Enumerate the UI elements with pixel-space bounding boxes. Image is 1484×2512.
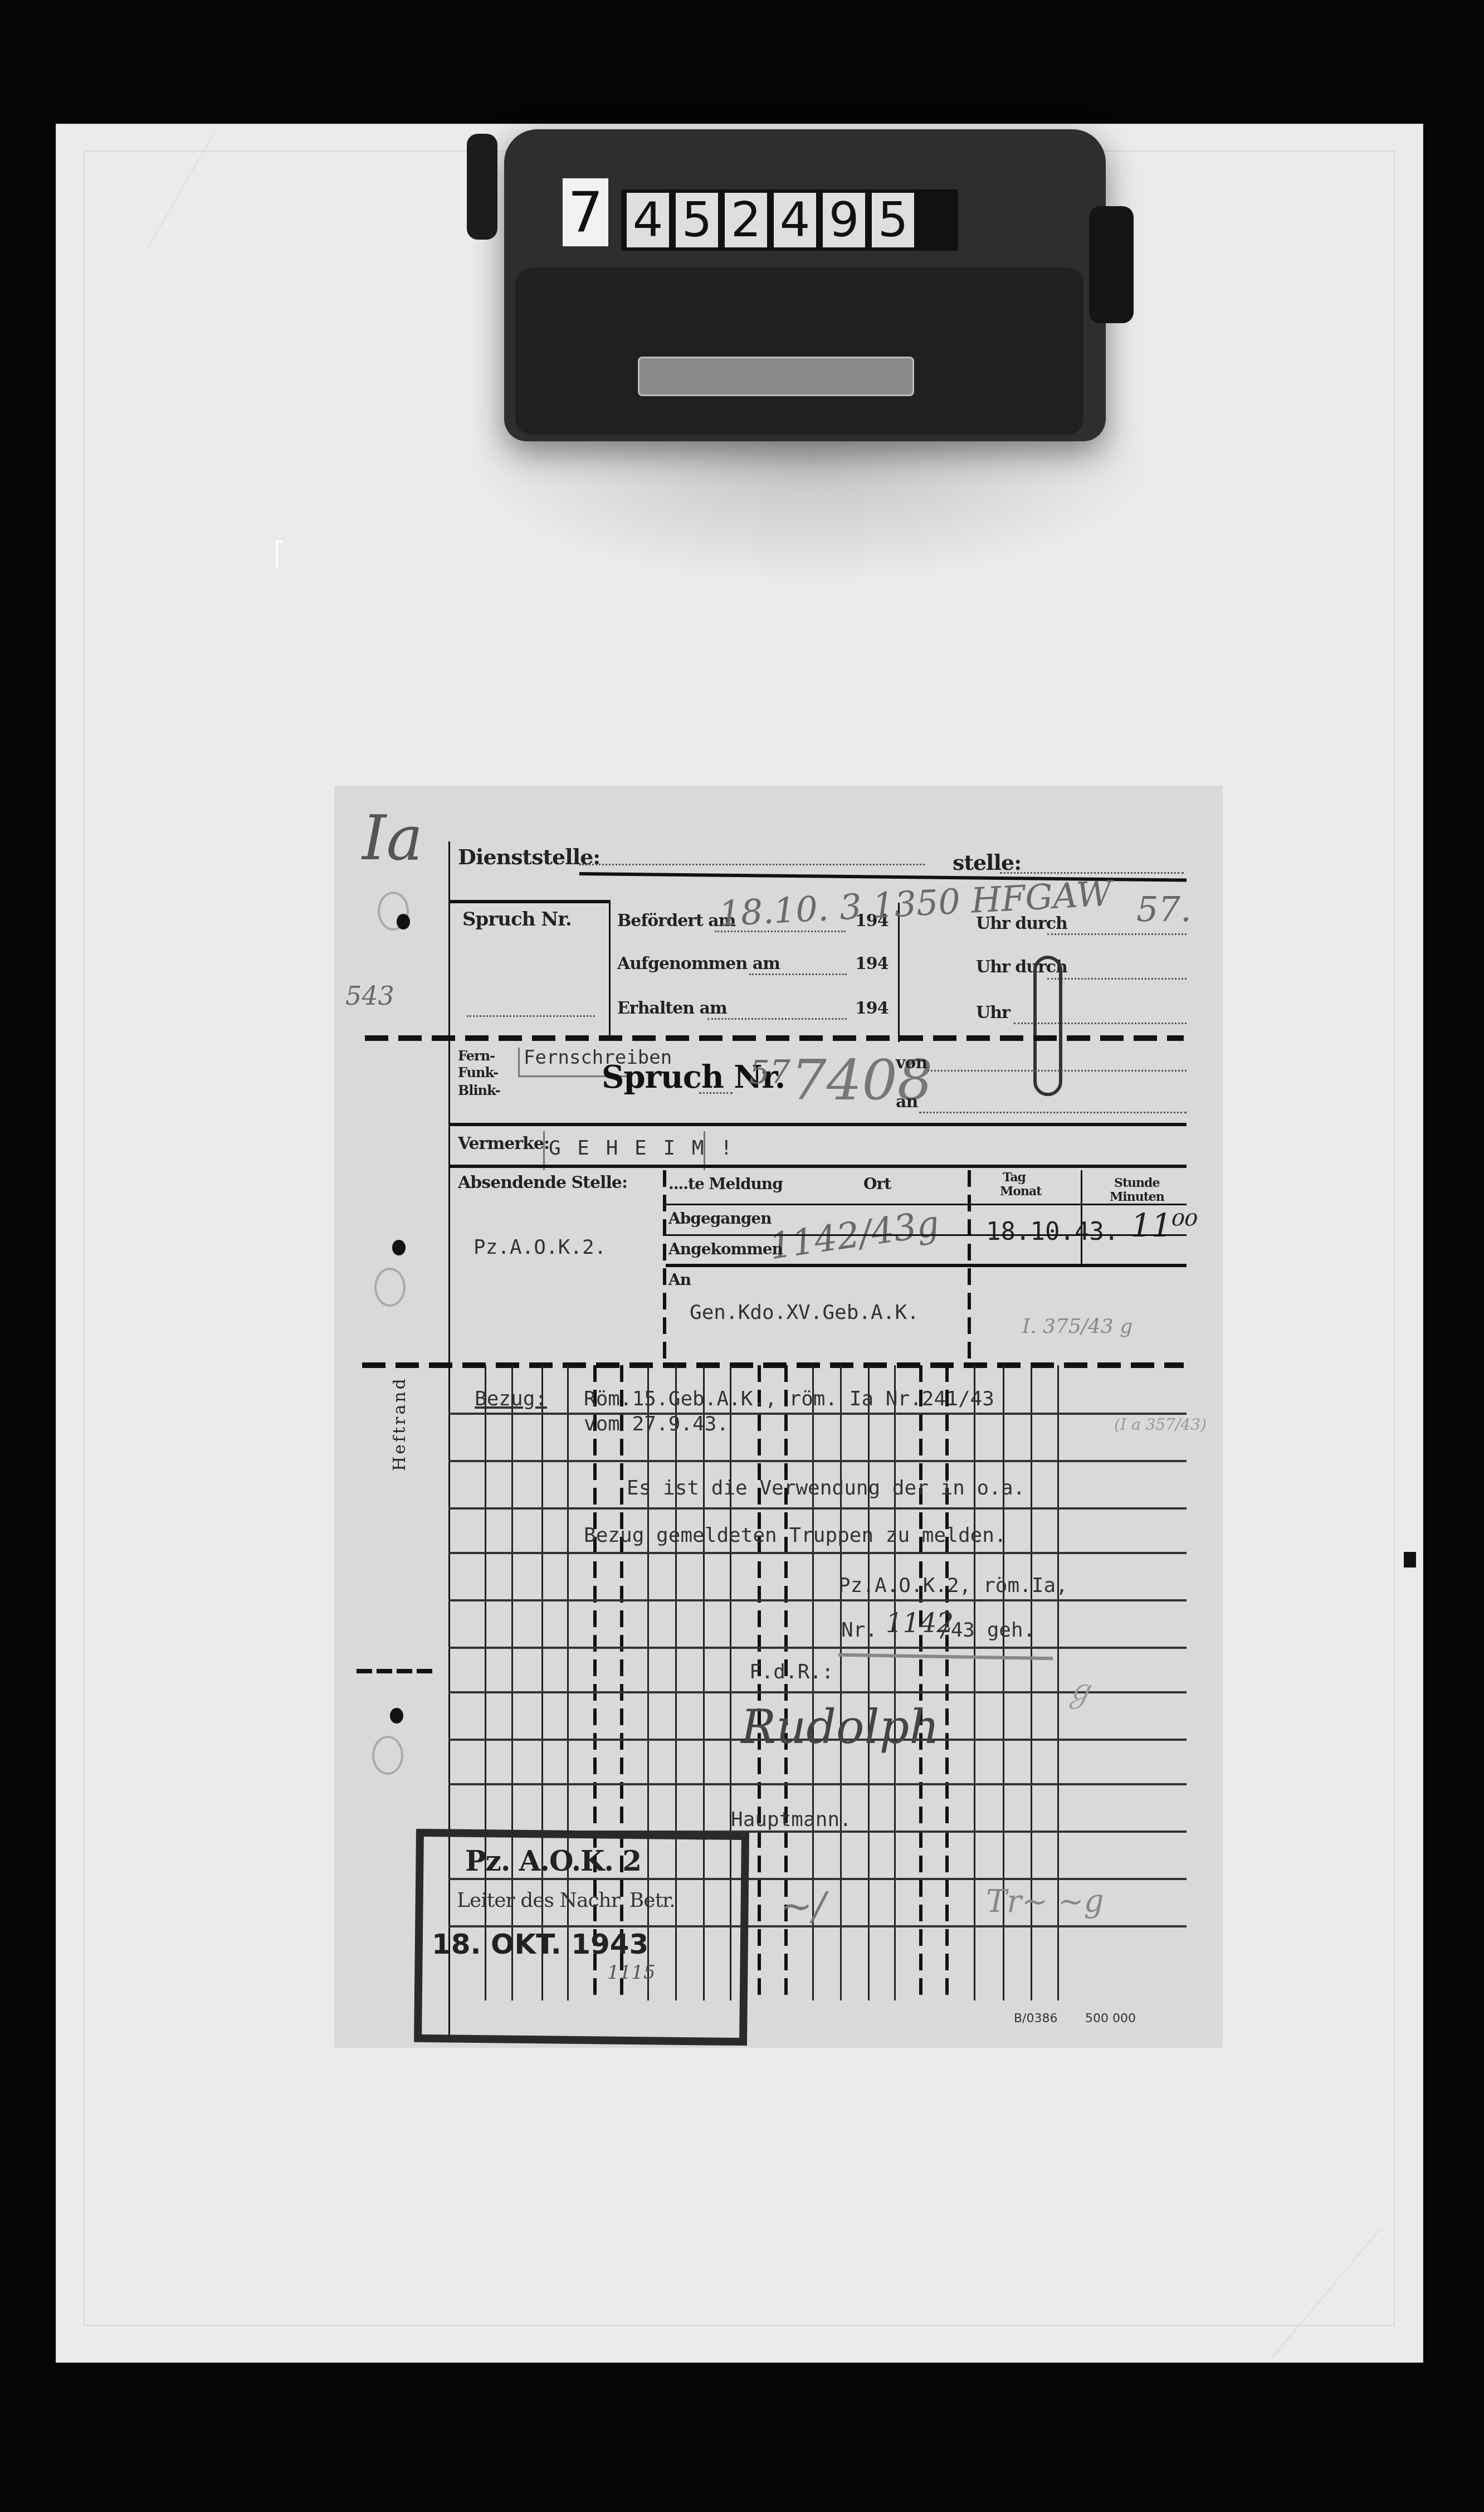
angekommen-label: Angekommen — [668, 1240, 783, 1258]
fdr-label: F.d.R.: — [749, 1661, 834, 1683]
form-code: B/0386 — [1014, 2012, 1058, 2026]
abgegangen-label: Abgegangen — [668, 1209, 772, 1228]
aufgenommen-year: 194 — [855, 954, 889, 973]
dienststelle-label: Dienststelle: — [458, 844, 600, 869]
erhalten-label: Erhalten am — [617, 999, 727, 1018]
counter-housing-lower — [515, 267, 1083, 435]
monat-label: Monat — [1000, 1184, 1041, 1199]
grid-row — [448, 1647, 1187, 1649]
grid-row — [448, 1413, 1187, 1415]
body-line1: Es ist die Verwendung der in o.a. — [627, 1477, 1025, 1500]
an-field — [919, 1112, 1187, 1113]
aufgenommen-durch-field — [1047, 978, 1187, 980]
bezug-note: (I a 357/43) — [1114, 1415, 1207, 1434]
an-field-label: An — [668, 1270, 691, 1289]
handwritten-scribble: ~/ — [780, 1883, 826, 1929]
counter-nameplate — [638, 357, 914, 396]
date-column-rule — [968, 1170, 971, 1365]
heftrand-label: Heftrand — [390, 1376, 409, 1471]
handwritten-initial-mark — [1033, 956, 1062, 1096]
counter-knob — [1089, 206, 1134, 323]
spruch-box-field — [467, 1015, 595, 1017]
von-field — [928, 1070, 1187, 1072]
erhalten-year: 194 — [855, 999, 889, 1018]
time-value: 11⁰⁰ — [1131, 1206, 1198, 1244]
spruch-box-label: Spruch Nr. — [462, 908, 572, 931]
type-label-blink: Blink- — [458, 1082, 500, 1098]
erhalten-field — [707, 1018, 847, 1020]
an-label: an — [896, 1092, 917, 1112]
spruch-box-top — [448, 900, 610, 903]
recipient: Gen.Kdo.XV.Geb.A.K. — [690, 1301, 919, 1324]
tag-label: Tag — [1003, 1170, 1026, 1185]
margin-initials: ℊ — [1064, 1666, 1095, 1711]
punch-dot — [390, 1708, 403, 1724]
date-value: 18.10.43. — [986, 1218, 1119, 1246]
vermerke-label: Vermerke: — [458, 1134, 549, 1153]
sender-line2-suffix: /43 geh. — [939, 1619, 1035, 1642]
absendende-value: Pz.A.O.K.2. — [473, 1236, 606, 1259]
stamp-date: 18. OKT. 1943 — [432, 1928, 648, 1960]
counter-lever — [467, 134, 497, 240]
counter-digit: 9 — [823, 193, 865, 247]
von-label: von — [896, 1053, 927, 1073]
befoerdert-handwritten-number: 57. — [1136, 889, 1192, 929]
stamp-line2: Leiter des Nachr. Betr. — [457, 1889, 675, 1912]
signature: Rudolph — [741, 1700, 939, 1754]
type-label-funk: Funk- — [458, 1064, 498, 1080]
aufgenommen-label: Aufgenommen am — [617, 954, 780, 973]
befoerdert-label: Befördert am — [617, 911, 736, 931]
dienststelle-field — [579, 864, 925, 865]
counter-digit: 5 — [872, 193, 914, 247]
spruch-box-right — [609, 900, 611, 1036]
margin-number: 543 — [345, 981, 394, 1011]
grid-row — [448, 1783, 1187, 1785]
print-run: 500 000 — [1085, 2012, 1136, 2026]
small-mark — [276, 541, 282, 568]
erhalten-uhr: Uhr — [976, 1003, 1010, 1023]
bezug-line2: vom 27.9.43. — [584, 1413, 729, 1435]
aufgenommen-field — [749, 973, 847, 975]
befoerdert-durch-field — [1047, 933, 1187, 935]
counter-digit: 2 — [725, 193, 767, 247]
stunde-label: Stunde — [1114, 1176, 1159, 1190]
stamp-line1: Pz. A.O.K. 2 — [465, 1844, 641, 1877]
counter-digit: 4 — [627, 193, 669, 247]
counter-digit: 5 — [676, 193, 718, 247]
angekommen-row-bottom — [666, 1264, 1187, 1267]
punch-dot — [397, 914, 410, 929]
recipient-note: I. 375/43 g — [1022, 1315, 1132, 1338]
punch-hole — [374, 1268, 406, 1307]
bezug-label: Bezug: — [475, 1388, 547, 1410]
counter-digits: 4 5 2 4 9 5 — [621, 189, 958, 251]
grid-row — [448, 1599, 1187, 1601]
separator-dashed-1 — [365, 1035, 1184, 1041]
grid-row — [448, 1460, 1187, 1462]
margin-dash — [357, 1669, 435, 1673]
vermerke-row-bottom — [448, 1165, 1187, 1168]
spruch-nr-field — [699, 1092, 733, 1094]
edge-tab-mark — [1404, 1552, 1416, 1567]
spruch-nr-value: 57 — [749, 1053, 790, 1091]
absendende-label: Absendende Stelle: — [458, 1173, 627, 1192]
counter-prefix: 7 — [563, 178, 608, 246]
bezug-line1: Röm.15.Geb.A.K., röm. Ia Nr.241/43 — [584, 1388, 994, 1410]
ort-label: Ort — [863, 1175, 891, 1193]
grid-row — [448, 1507, 1187, 1510]
stelle-label: stelle: — [953, 850, 1021, 875]
handwritten-scribble-2: Tr~ ~g — [986, 1883, 1104, 1920]
grid-row — [448, 1552, 1187, 1554]
abgegangen-row-bottom — [666, 1234, 1187, 1236]
punch-dot — [392, 1240, 406, 1255]
minuten-label: Minuten — [1110, 1190, 1164, 1204]
sender-line1: Pz.A.O.K.2, röm.Ia, — [838, 1574, 1068, 1597]
type-row-bottom — [448, 1123, 1187, 1126]
rank: Hauptmann. — [731, 1808, 852, 1831]
type-label-fern: Fern- — [458, 1048, 495, 1064]
punch-hole — [372, 1736, 403, 1775]
margin-mark-ia: Ia — [362, 802, 423, 874]
sender-line2-prefix: Nr. — [841, 1619, 877, 1642]
meldung-label: ....te Meldung — [668, 1175, 783, 1193]
stamp-handwritten: 1115 — [607, 1961, 656, 1984]
counter-digit: 4 — [774, 193, 816, 247]
body-line2: Bezug gemeldeten Truppen zu melden. — [584, 1524, 1007, 1547]
